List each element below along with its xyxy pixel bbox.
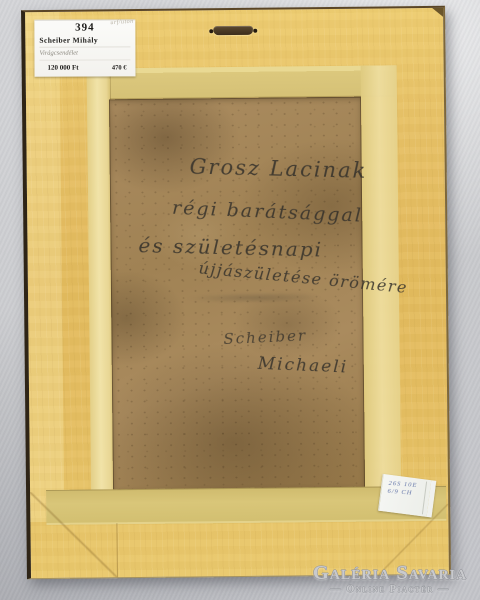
price-huf: 120 000 Ft [47,64,78,72]
pale-wood-band-right [25,12,64,522]
artwork-title: Virágcsendélet [39,49,130,60]
photo-back-of-framed-painting: Grosz Lacinak régi barátsággal és szület… [0,0,480,600]
hanging-bracket [208,23,258,42]
watermark-subtitle: — Online Piactér — [302,584,478,595]
hanger-bar [213,26,253,35]
signature-line-2: Michaeli [257,354,348,378]
faint-pencil-smudge [159,289,349,307]
inscription-line-2: régi barátsággal [172,197,364,227]
auction-label: 394 Scheiber Mihály Virágcsendélet 120 0… [34,19,135,76]
frame-joint-line [116,523,118,577]
signature-line-1: Scheiber [223,326,307,348]
screw-icon [253,29,257,33]
inscription-line-1: Grosz Lacinak [189,154,367,182]
price-eur: 470 € [112,64,127,71]
watermark: Galéria Savaria — Online Piactér — [302,563,478,595]
inscription-line-3: és születésnapi [138,233,323,262]
frame-corner-chip [432,8,443,17]
inventory-sticker: 26S 10E 6/9 CH [378,474,436,518]
artist-name: Scheiber Mihály [39,35,130,47]
picture-frame-back: Grosz Lacinak régi barátsággal és szület… [21,6,451,579]
price-row: 120 000 Ft 470 € [39,63,130,71]
backing-board: Grosz Lacinak régi barátsággal és szület… [109,97,365,491]
watermark-title: Galéria Savaria [302,563,478,583]
